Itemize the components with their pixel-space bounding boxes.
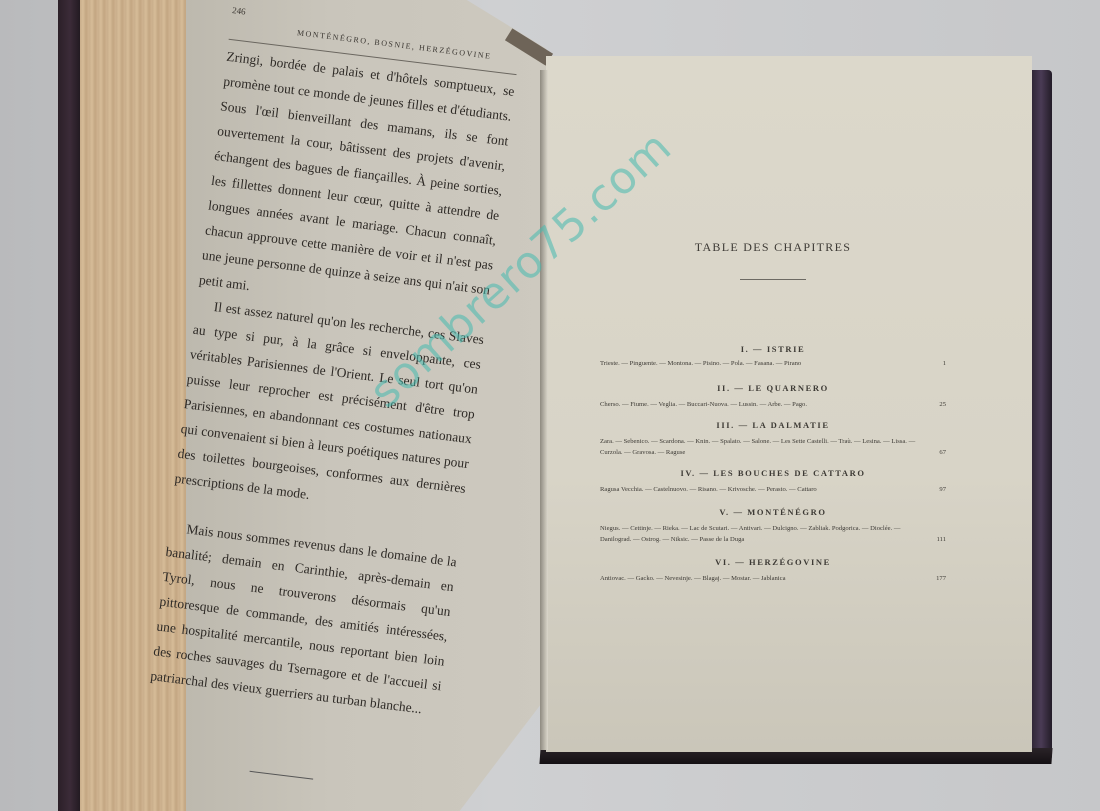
chapter-page: 67 bbox=[930, 447, 946, 458]
chapter-places: Niegus. — Cettinje. — Rieka. — Lac de Sc… bbox=[600, 523, 930, 545]
paragraph: Mais nous sommes revenus dans le domaine… bbox=[149, 514, 458, 723]
chapter-places: Ragusa Vecchia. — Castelnuovo. — Risano.… bbox=[600, 484, 930, 495]
chapter-heading: I. — ISTRIE bbox=[600, 344, 946, 354]
chapter-entry: II. — LE QUARNERO Cherso. — Fiume. — Veg… bbox=[600, 383, 946, 410]
chapter-page: 97 bbox=[930, 484, 946, 495]
chapter-entry: I. — ISTRIE Trieste. — Pinguente. — Mont… bbox=[600, 344, 946, 369]
chapter-places: Zara. — Sebenico. — Scardona. — Knin. — … bbox=[600, 436, 930, 458]
chapter-entry: III. — LA DALMATIE Zara. — Sebenico. — S… bbox=[600, 420, 946, 458]
chapter-heading: V. — MONTÉNÉGRO bbox=[600, 507, 946, 517]
page-number: 246 bbox=[231, 0, 247, 25]
chapter-entry: IV. — LES BOUCHES DE CATTARO Ragusa Vecc… bbox=[600, 468, 946, 495]
chapter-page: 177 bbox=[930, 573, 946, 584]
chapter-heading: II. — LE QUARNERO bbox=[600, 383, 946, 393]
left-cover-edge bbox=[58, 0, 82, 811]
chapter-page: 111 bbox=[930, 534, 946, 545]
chapter-places: Trieste. — Pinguente. — Montona. — Pisin… bbox=[600, 358, 930, 369]
chapter-heading: VI. — HERZÉGOVINE bbox=[600, 557, 946, 567]
chapter-heading: IV. — LES BOUCHES DE CATTARO bbox=[600, 468, 946, 478]
table-of-contents: TABLE DES CHAPITRES I. — ISTRIE Trieste.… bbox=[600, 240, 946, 584]
open-book: 246 MONTÉNÉGRO, BOSNIE, HERZÉGOVINE Zrin… bbox=[0, 0, 1100, 811]
book-gutter bbox=[540, 70, 548, 750]
chapter-heading: III. — LA DALMATIE bbox=[600, 420, 946, 430]
chapter-places: Cherso. — Fiume. — Veglia. — Buccari-Nuo… bbox=[600, 399, 930, 410]
chapter-page: 25 bbox=[930, 399, 946, 410]
toc-rule bbox=[740, 279, 806, 280]
chapter-page: 1 bbox=[930, 358, 946, 369]
toc-title: TABLE DES CHAPITRES bbox=[600, 240, 946, 255]
chapter-entry: V. — MONTÉNÉGRO Niegus. — Cettinje. — Ri… bbox=[600, 507, 946, 545]
chapter-places: Antiovac. — Gacko. — Nevesinje. — Blagaj… bbox=[600, 573, 930, 584]
chapter-entry: VI. — HERZÉGOVINE Antiovac. — Gacko. — N… bbox=[600, 557, 946, 584]
right-cover-edge bbox=[1030, 70, 1052, 760]
